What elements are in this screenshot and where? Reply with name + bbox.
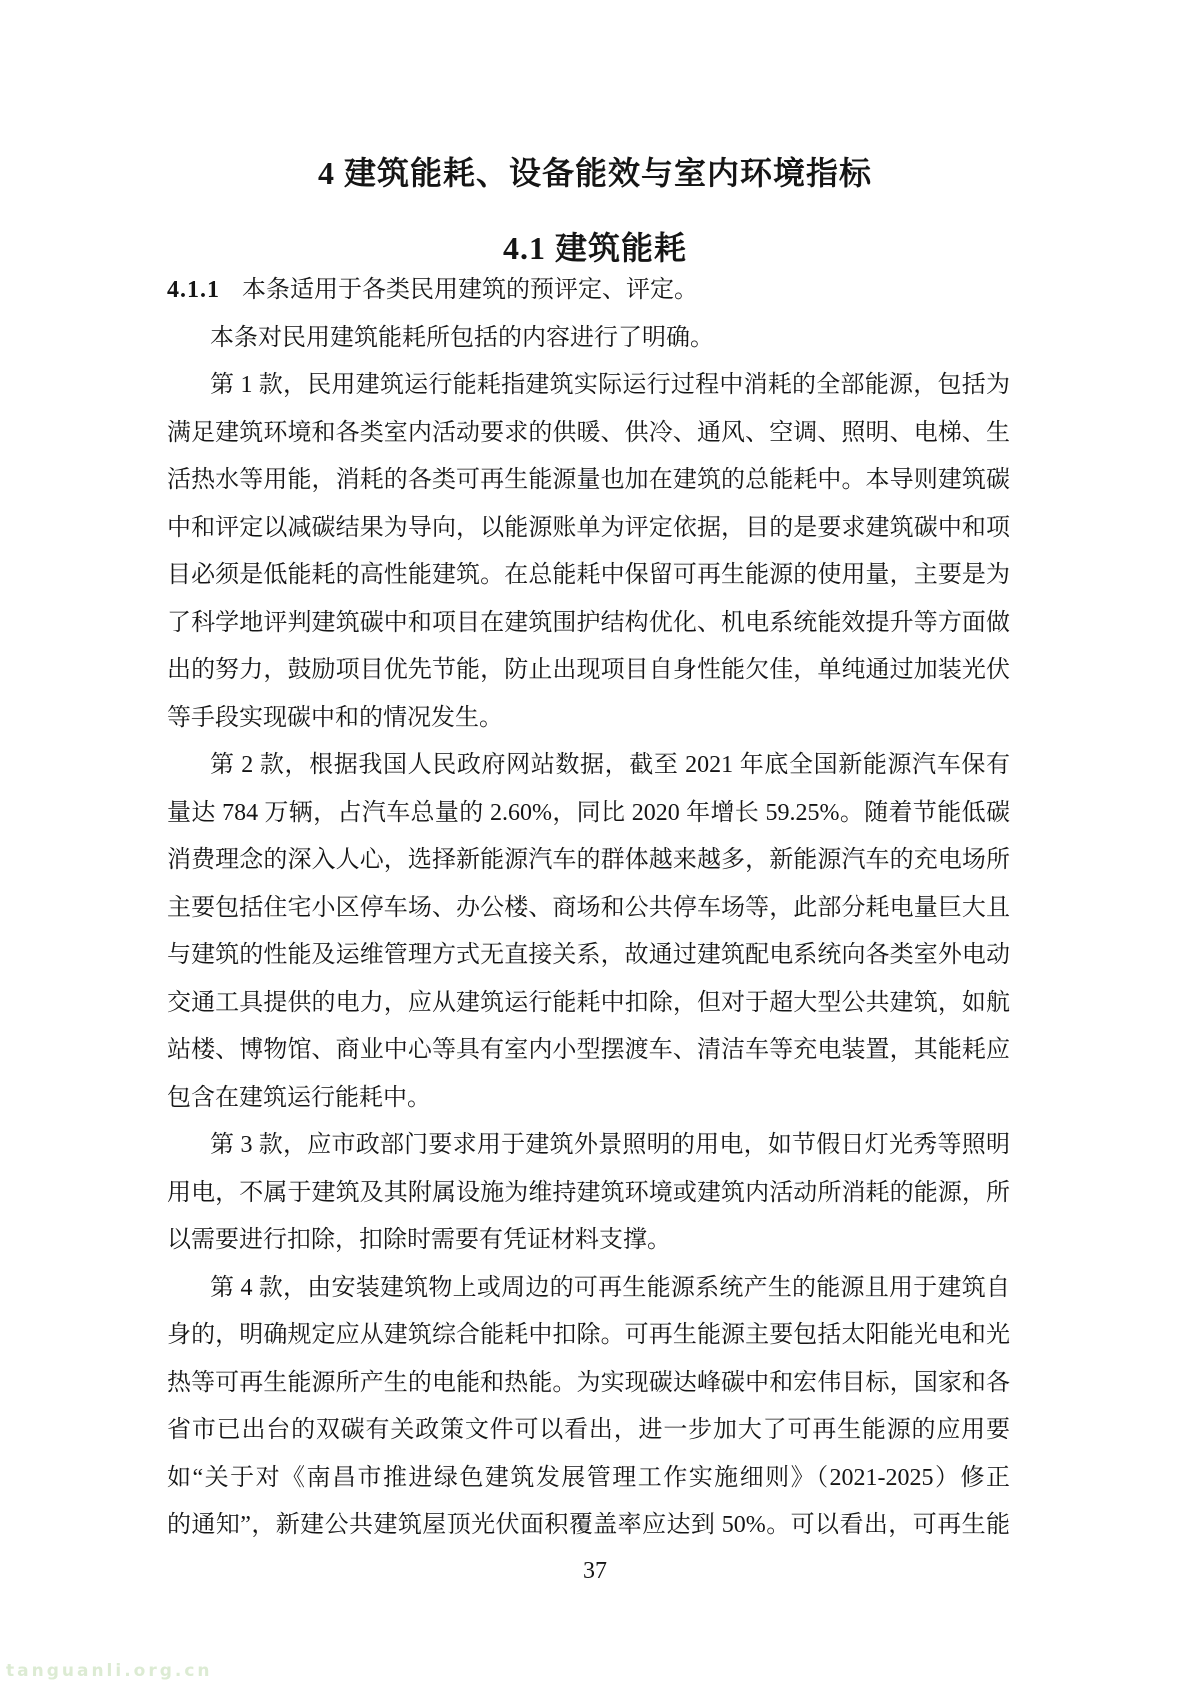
text-line: 如“关于对《南昌市推进绿色建筑发展管理工作实施细则》（2021-2025）修正 bbox=[167, 1455, 1010, 1503]
text-line: 本条对民用建筑能耗所包括的内容进行了明确。 bbox=[167, 315, 1010, 363]
text-line: 的通知”，新建公共建筑屋顶光伏面积覆盖率应达到 50%。可以看出，可再生能 bbox=[167, 1502, 1010, 1550]
document-page: 4 建筑能耗、设备能效与室内环境指标 4.1 建筑能耗 4.1.1本条适用于各类… bbox=[0, 0, 1190, 1683]
paragraph: 第 3 款，应市政部门要求用于建筑外景照明的用电，如节假日灯光秀等照明用电，不属… bbox=[167, 1122, 1010, 1265]
chapter-title: 4 建筑能耗、设备能效与室内环境指标 bbox=[0, 0, 1190, 193]
text-line: 第 4 款，由安装建筑物上或周边的可再生能源系统产生的能源且用于建筑自 bbox=[167, 1265, 1010, 1313]
paragraph: 本条对民用建筑能耗所包括的内容进行了明确。 bbox=[167, 315, 1010, 363]
paragraph: 第 2 款，根据我国人民政府网站数据，截至 2021 年底全国新能源汽车保有量达… bbox=[167, 742, 1010, 1122]
text-line: 消费理念的深入人心，选择新能源汽车的群体越来越多，新能源汽车的充电场所 bbox=[167, 837, 1010, 885]
text-line: 第 3 款，应市政部门要求用于建筑外景照明的用电，如节假日灯光秀等照明 bbox=[167, 1122, 1010, 1170]
document-body: 4.1.1本条适用于各类民用建筑的预评定、评定。本条对民用建筑能耗所包括的内容进… bbox=[167, 267, 1010, 1550]
text-line: 站楼、博物馆、商业中心等具有室内小型摆渡车、清洁车等充电装置，其能耗应 bbox=[167, 1027, 1010, 1075]
text-line: 以需要进行扣除，扣除时需要有凭证材料支撑。 bbox=[167, 1217, 1010, 1265]
text-line: 省市已出台的双碳有关政策文件可以看出，进一步加大了可再生能源的应用要求， bbox=[167, 1407, 1010, 1455]
text-line: 中和评定以减碳结果为导向，以能源账单为评定依据，目的是要求建筑碳中和项 bbox=[167, 505, 1010, 553]
text-line: 第 1 款，民用建筑运行能耗指建筑实际运行过程中消耗的全部能源，包括为 bbox=[167, 362, 1010, 410]
text-line: 4.1.1本条适用于各类民用建筑的预评定、评定。 bbox=[167, 267, 1010, 315]
watermark: tanguanli.org.cn bbox=[6, 1661, 213, 1681]
paragraph: 4.1.1本条适用于各类民用建筑的预评定、评定。 bbox=[167, 267, 1010, 315]
clause-number: 4.1.1 bbox=[167, 277, 220, 303]
text-line: 与建筑的性能及运维管理方式无直接关系，故通过建筑配电系统向各类室外电动 bbox=[167, 932, 1010, 980]
text-line: 出的努力，鼓励项目优先节能，防止出现项目自身性能欠佳，单纯通过加装光伏 bbox=[167, 647, 1010, 695]
text-line: 等手段实现碳中和的情况发生。 bbox=[167, 695, 1010, 743]
paragraph: 第 4 款，由安装建筑物上或周边的可再生能源系统产生的能源且用于建筑自身的，明确… bbox=[167, 1265, 1010, 1550]
text-line: 主要包括住宅小区停车场、办公楼、商场和公共停车场等，此部分耗电量巨大且 bbox=[167, 885, 1010, 933]
text-line: 第 2 款，根据我国人民政府网站数据，截至 2021 年底全国新能源汽车保有 bbox=[167, 742, 1010, 790]
text-line: 满足建筑环境和各类室内活动要求的供暖、供冷、通风、空调、照明、电梯、生 bbox=[167, 410, 1010, 458]
text-line: 量达 784 万辆，占汽车总量的 2.60%，同比 2020 年增长 59.25… bbox=[167, 790, 1010, 838]
text-line: 了科学地评判建筑碳中和项目在建筑围护结构优化、机电系统能效提升等方面做 bbox=[167, 600, 1010, 648]
text-line: 身的，明确规定应从建筑综合能耗中扣除。可再生能源主要包括太阳能光电和光 bbox=[167, 1312, 1010, 1360]
text-line: 热等可再生能源所产生的电能和热能。为实现碳达峰碳中和宏伟目标，国家和各 bbox=[167, 1360, 1010, 1408]
text-line: 活热水等用能，消耗的各类可再生能源量也加在建筑的总能耗中。本导则建筑碳 bbox=[167, 457, 1010, 505]
text-line: 用电，不属于建筑及其附属设施为维持建筑环境或建筑内活动所消耗的能源，所 bbox=[167, 1170, 1010, 1218]
text-line: 交通工具提供的电力，应从建筑运行能耗中扣除，但对于超大型公共建筑，如航 bbox=[167, 980, 1010, 1028]
text-line: 包含在建筑运行能耗中。 bbox=[167, 1075, 1010, 1123]
text-line: 目必须是低能耗的高性能建筑。在总能耗中保留可再生能源的使用量，主要是为 bbox=[167, 552, 1010, 600]
section-title: 4.1 建筑能耗 bbox=[0, 229, 1190, 267]
page-number: 37 bbox=[0, 1556, 1190, 1586]
paragraph: 第 1 款，民用建筑运行能耗指建筑实际运行过程中消耗的全部能源，包括为满足建筑环… bbox=[167, 362, 1010, 742]
